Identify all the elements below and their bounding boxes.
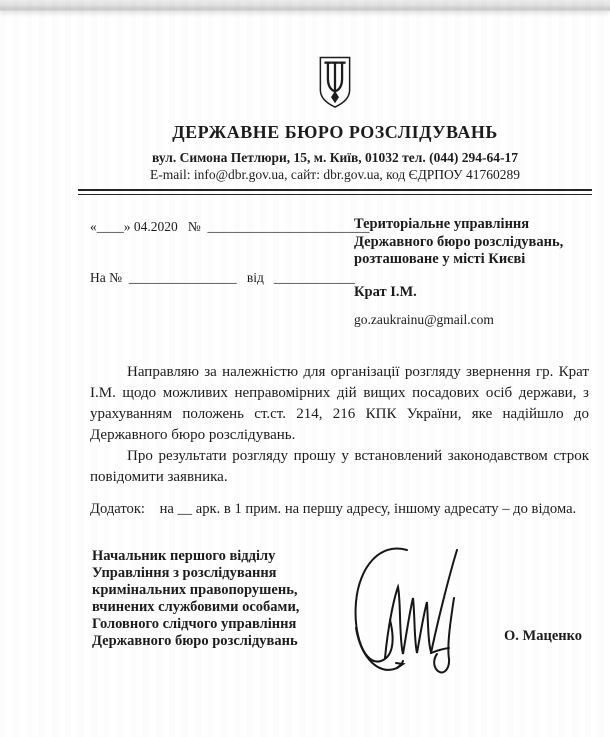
signer-title-line: Начальник першого відділу — [92, 548, 299, 565]
body-paragraph-1: Направляю за належністю для організації … — [90, 362, 589, 446]
signer-title-line: вчинених службовими особами, — [92, 599, 299, 616]
reference-block: «____» 04.2020 № _______________________… — [90, 184, 370, 320]
recipient-org-line: Державного бюро розслідувань, — [354, 234, 563, 252]
ukraine-trident-emblem-icon — [318, 56, 352, 109]
handwritten-signature — [345, 540, 475, 692]
organization-name: ДЕРЖАВНЕ БЮРО РОЗСЛІДУВАНЬ — [78, 122, 592, 143]
reply-reference-line: На № ________________ від ____________ — [90, 269, 370, 286]
recipient-name: Крат І.М. — [354, 284, 563, 302]
address-line: вул. Симона Петлюри, 15, м. Київ, 01032 … — [78, 150, 592, 166]
contacts-line: E-mail: info@dbr.gov.ua, сайт: dbr.gov.u… — [78, 167, 592, 183]
recipient-org-line: розташоване у місті Києві — [354, 251, 563, 269]
scan-top-edge — [0, 0, 610, 11]
body-paragraph-2: Про результати розгляду прошу у встановл… — [90, 446, 589, 488]
signer-title-line: Головного слідчого управління — [92, 616, 299, 633]
signer-title-line: кримінальних правопорушень, — [92, 582, 299, 599]
signer-title-block: Начальник першого відділу Управління з р… — [92, 548, 299, 650]
recipient-block: Територіальне управління Державного бюро… — [354, 216, 563, 329]
attachment-note: Додаток: на __ арк. в 1 прим. на першу а… — [90, 501, 595, 518]
date-number-line: «____» 04.2020 № _______________________… — [90, 218, 370, 235]
recipient-email: go.zaukrainu@gmail.com — [354, 311, 563, 329]
signer-title-line: Державного бюро розслідувань — [92, 633, 299, 650]
recipient-org-line: Територіальне управління — [354, 216, 563, 234]
letterhead: ДЕРЖАВНЕ БЮРО РОЗСЛІДУВАНЬ вул. Симона П… — [78, 56, 592, 195]
signer-title-line: Управління з розслідування — [92, 565, 299, 582]
letter-body: Направляю за належністю для організації … — [90, 362, 589, 488]
scanned-letter-page: ДЕРЖАВНЕ БЮРО РОЗСЛІДУВАНЬ вул. Симона П… — [0, 0, 610, 737]
signer-name: О. Маценко — [504, 628, 582, 645]
